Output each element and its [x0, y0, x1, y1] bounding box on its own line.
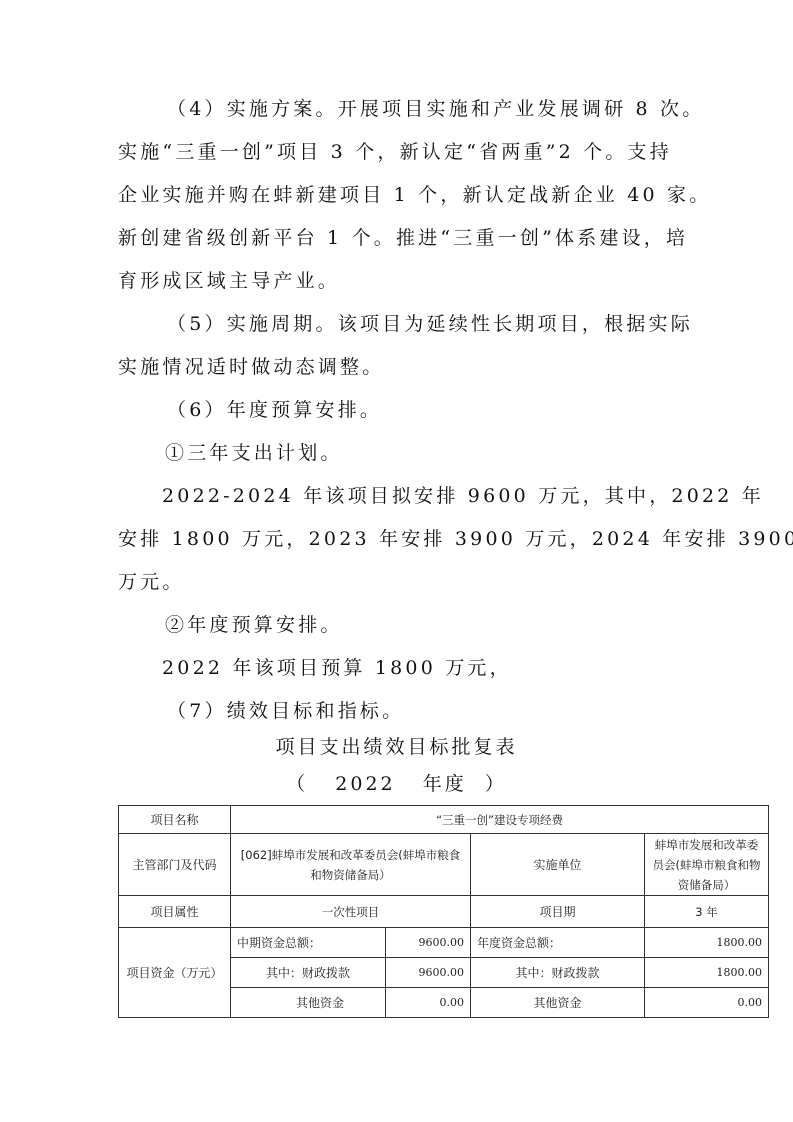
- table-title: 项目支出绩效目标批复表: [0, 735, 793, 759]
- annual-total-label: 年度资金总额：: [471, 928, 645, 958]
- paragraph-7-heading: （7）绩效目标和指标。: [167, 699, 404, 723]
- attr-value: 一次性项目: [231, 896, 471, 928]
- project-name-value: “三重一创”建设专项经费: [231, 806, 769, 834]
- annual-budget-heading: ②年度预算安排。: [165, 613, 343, 637]
- mid-fiscal-label: 其中：财政拨款: [231, 958, 386, 988]
- annual-other-value: 0.00: [645, 988, 769, 1018]
- paragraph-4-line-3: 企业实施并购在蚌新建项目 1 个，新认定战新企业 40 家。: [118, 183, 711, 207]
- dept-value: [062]蚌埠市发展和改革委员会(蚌埠市粮食和物资储备局）: [231, 834, 471, 896]
- three-year-plan-line-2: 安排 1800 万元，2023 年安排 3900 万元，2024 年安排 390…: [118, 527, 793, 551]
- attr-label: 项目属性: [119, 896, 231, 928]
- annual-other-label: 其他资金: [471, 988, 645, 1018]
- table-row-project-name: 项目名称 “三重一创”建设专项经费: [119, 806, 769, 834]
- three-year-plan-line-1: 2022-2024 年该项目拟安排 9600 万元，其中，2022 年: [162, 484, 764, 508]
- table-subtitle: （ 2022 年度 ）: [0, 772, 793, 796]
- paragraph-6-heading: （6）年度预算安排。: [167, 398, 382, 422]
- annual-fiscal-label: 其中：财政拨款: [471, 958, 645, 988]
- funds-label: 项目资金（万元）: [119, 928, 231, 1018]
- impl-unit-label: 实施单位: [471, 834, 645, 896]
- impl-unit-value: 蚌埠市发展和改革委员会(蚌埠市粮食和物资储备局）: [645, 834, 769, 896]
- paragraph-4-line-1: （4）实施方案。开展项目实施和产业发展调研 8 次。: [167, 97, 704, 121]
- paragraph-4-line-4: 新创建省级创新平台 1 个。推进“三重一创”体系建设，培: [118, 226, 688, 250]
- annual-fiscal-value: 1800.00: [645, 958, 769, 988]
- project-name-label: 项目名称: [119, 806, 231, 834]
- paragraph-4-line-5: 育形成区域主导产业。: [118, 269, 340, 293]
- paragraph-5-line-2: 实施情况适时做动态调整。: [118, 355, 384, 379]
- period-value: 3 年: [645, 896, 769, 928]
- three-year-plan-line-3: 万元。: [118, 570, 185, 594]
- three-year-plan-heading: ①三年支出计划。: [165, 441, 343, 465]
- performance-target-table: 项目名称 “三重一创”建设专项经费 主管部门及代码 [062]蚌埠市发展和改革委…: [118, 805, 769, 1018]
- table-row-attribute: 项目属性 一次性项目 项目期 3 年: [119, 896, 769, 928]
- table-row-funds-total: 项目资金（万元） 中期资金总额： 9600.00 年度资金总额： 1800.00: [119, 928, 769, 958]
- annual-budget-line: 2022 年该项目预算 1800 万元，: [162, 656, 512, 680]
- annual-total-value: 1800.00: [645, 928, 769, 958]
- mid-other-value: 0.00: [386, 988, 471, 1018]
- mid-other-label: 其他资金: [231, 988, 386, 1018]
- mid-fiscal-value: 9600.00: [386, 958, 471, 988]
- paragraph-5-line-1: （5）实施周期。该项目为延续性长期项目，根据实际: [167, 312, 693, 336]
- period-label: 项目期: [471, 896, 645, 928]
- paragraph-4-line-2: 实施“三重一创”项目 3 个，新认定“省两重”2 个。支持: [118, 140, 672, 164]
- dept-label: 主管部门及代码: [119, 834, 231, 896]
- table-row-department: 主管部门及代码 [062]蚌埠市发展和改革委员会(蚌埠市粮食和物资储备局） 实施…: [119, 834, 769, 896]
- mid-total-value: 9600.00: [386, 928, 471, 958]
- mid-total-label: 中期资金总额：: [231, 928, 386, 958]
